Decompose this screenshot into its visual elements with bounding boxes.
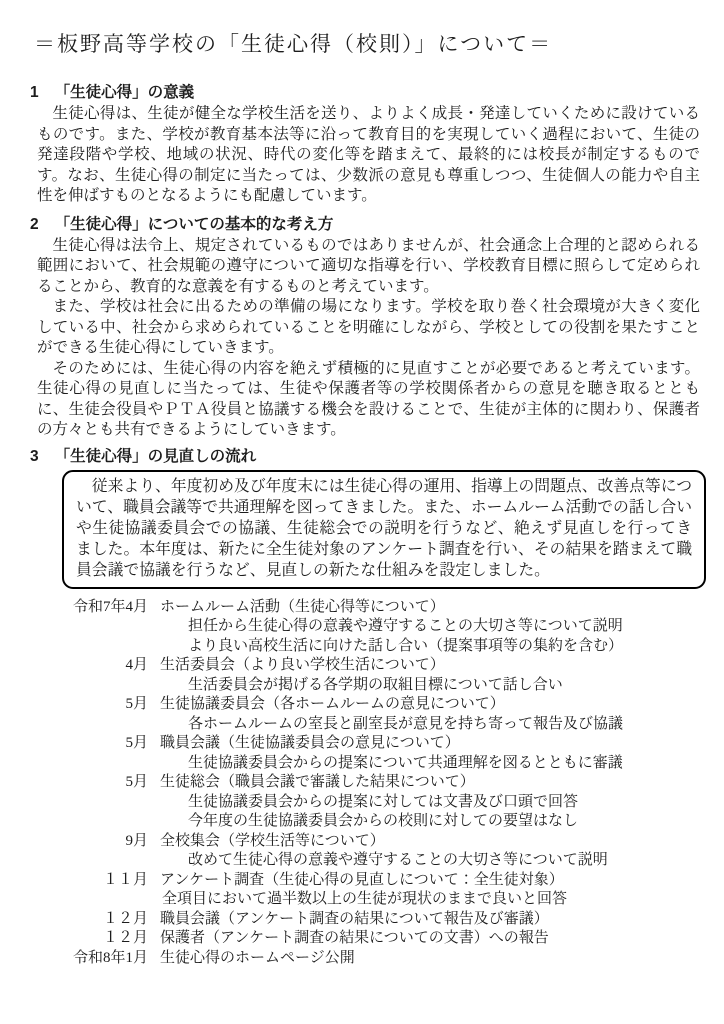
schedule-event: 生徒協議委員会（各ホームルームの意見について） xyxy=(160,695,623,715)
schedule-entry: 生徒総会（職員会議で審議した結果について）生徒協議委員会からの提案に対しては文書… xyxy=(160,773,578,832)
schedule-event: 全校集会（学校生活等について） xyxy=(160,832,608,852)
schedule-date: 5月 xyxy=(30,773,148,793)
section-3: 3 「生徒心得」の見直しの流れ 従来より、年度初め及び年度末には生徒心得の運用、… xyxy=(30,446,700,589)
schedule-event: ホームルーム活動（生徒心得等について） xyxy=(160,598,623,618)
schedule-date: 5月 xyxy=(30,695,148,715)
schedule-entry: 生徒協議委員会（各ホームルームの意見について）各ホームルームの室長と副室長が意見… xyxy=(160,695,623,734)
paragraph: 生徒心得は法令上、規定されているものではありませんが、社会通念上合理的と認められ… xyxy=(37,236,700,298)
schedule-event: アンケート調査（生徒心得の見直しについて：全生徒対象） xyxy=(160,871,567,891)
section-3-heading: 3 「生徒心得」の見直しの流れ xyxy=(30,446,700,467)
schedule-date: 9月 xyxy=(30,832,148,852)
schedule-date: 令和8年1月 xyxy=(30,949,148,969)
section-2: 2 「生徒心得」についての基本的な考え方 生徒心得は法令上、規定されているもので… xyxy=(30,214,700,441)
schedule-entry: 保護者（アンケート調査の結果についての文書）への報告 xyxy=(160,929,549,949)
schedule-row: 5月職員会議（生徒協議委員会の意見について）生徒協議委員会からの提案について共通… xyxy=(30,734,700,773)
schedule-date: １２月 xyxy=(30,929,148,949)
schedule-row: 5月生徒総会（職員会議で審議した結果について）生徒協議委員会からの提案に対しては… xyxy=(30,773,700,832)
section-2-paragraphs: 生徒心得は法令上、規定されているものではありませんが、社会通念上合理的と認められ… xyxy=(37,235,700,441)
section-1-heading: 1 「生徒心得」の意義 xyxy=(30,82,700,103)
schedule-row: １２月保護者（アンケート調査の結果についての文書）への報告 xyxy=(30,929,700,949)
section-1: 1 「生徒心得」の意義 生徒心得は、生徒が健全な学校生活を送り、よりよく成長・発… xyxy=(30,82,700,207)
section-1-heading-text: 「生徒心得」の意義 xyxy=(55,82,195,103)
schedule-event: 職員会議（アンケート調査の結果について報告及び審議） xyxy=(160,910,549,930)
schedule-detail: 生徒協議委員会からの提案について共通理解を図るとともに審議 xyxy=(188,754,623,774)
schedule-entry: アンケート調査（生徒心得の見直しについて：全生徒対象）全項目において過半数以上の… xyxy=(160,871,567,910)
section-2-number: 2 xyxy=(30,214,39,235)
schedule-row: 9月全校集会（学校生活等について）改めて生徒心得の意義や遵守することの大切さ等に… xyxy=(30,832,700,871)
schedule-event: 生徒総会（職員会議で審議した結果について） xyxy=(160,773,578,793)
schedule-date: 令和7年4月 xyxy=(30,598,148,618)
schedule-detail: 各ホームルームの室長と副室長が意見を持ち寄って報告及び協議 xyxy=(188,715,623,735)
schedule-event: 生活委員会（より良い学校生活について） xyxy=(160,656,563,676)
schedule-detail: より良い高校生活に向けた話し合い（提案事項等の集約を含む） xyxy=(188,637,623,657)
section-2-heading-text: 「生徒心得」についての基本的な考え方 xyxy=(55,214,334,235)
schedule-entry: 全校集会（学校生活等について）改めて生徒心得の意義や遵守することの大切さ等につい… xyxy=(160,832,608,871)
document-page: ＝板野高等学校の「生徒心得（校則）」について＝ 1 「生徒心得」の意義 生徒心得… xyxy=(0,0,724,1024)
schedule-detail: 生活委員会が掲げる各学期の取組目標について話し合い xyxy=(188,676,563,696)
paragraph: そのためには、生徒心得の内容を絶えず積極的に見直すことが必要であると考えています… xyxy=(37,359,700,441)
schedule-date: １１月 xyxy=(30,871,148,891)
section-3-heading-text: 「生徒心得」の見直しの流れ xyxy=(55,446,257,467)
schedule-entry: 職員会議（アンケート調査の結果について報告及び審議） xyxy=(160,910,549,930)
schedule-date: 4月 xyxy=(30,656,148,676)
schedule-detail: 生徒協議委員会からの提案に対しては文書及び口頭で回答 xyxy=(188,793,578,813)
schedule-event: 職員会議（生徒協議委員会の意見について） xyxy=(160,734,623,754)
schedule-event: 生徒心得のホームページ公開 xyxy=(160,949,355,969)
schedule-detail: 改めて生徒心得の意義や遵守することの大切さ等について説明 xyxy=(188,851,608,871)
schedule-entry: 職員会議（生徒協議委員会の意見について）生徒協議委員会からの提案について共通理解… xyxy=(160,734,623,773)
review-process-box: 従来より、年度初め及び年度末には生徒心得の運用、指導上の問題点、改善点等について… xyxy=(62,470,706,589)
schedule-row: １２月職員会議（アンケート調査の結果について報告及び審議） xyxy=(30,910,700,930)
schedule-row: 令和7年4月ホームルーム活動（生徒心得等について）担任から生徒心得の意義や遵守す… xyxy=(30,598,700,657)
page-title: ＝板野高等学校の「生徒心得（校則）」について＝ xyxy=(34,28,700,58)
schedule-detail: 全項目において過半数以上の生徒が現状のままで良いと回答 xyxy=(162,890,567,910)
schedule-list: 令和7年4月ホームルーム活動（生徒心得等について）担任から生徒心得の意義や遵守す… xyxy=(30,598,700,969)
section-2-heading: 2 「生徒心得」についての基本的な考え方 xyxy=(30,214,700,235)
schedule-row: 5月生徒協議委員会（各ホームルームの意見について）各ホームルームの室長と副室長が… xyxy=(30,695,700,734)
schedule-event: 保護者（アンケート調査の結果についての文書）への報告 xyxy=(160,929,549,949)
section-1-number: 1 xyxy=(30,82,39,103)
paragraph: 生徒心得は、生徒が健全な学校生活を送り、よりよく成長・発達していくために設けてい… xyxy=(37,104,700,207)
section-1-paragraphs: 生徒心得は、生徒が健全な学校生活を送り、よりよく成長・発達していくために設けてい… xyxy=(37,103,700,207)
review-process-text: 従来より、年度初め及び年度末には生徒心得の運用、指導上の問題点、改善点等について… xyxy=(76,476,692,581)
schedule-entry: 生活委員会（より良い学校生活について）生活委員会が掲げる各学期の取組目標について… xyxy=(160,656,563,695)
schedule-date: １２月 xyxy=(30,910,148,930)
schedule-row: １１月アンケート調査（生徒心得の見直しについて：全生徒対象）全項目において過半数… xyxy=(30,871,700,910)
schedule-date: 5月 xyxy=(30,734,148,754)
schedule-entry: ホームルーム活動（生徒心得等について）担任から生徒心得の意義や遵守することの大切… xyxy=(160,598,623,657)
schedule-entry: 生徒心得のホームページ公開 xyxy=(160,949,355,969)
schedule-detail: 担任から生徒心得の意義や遵守することの大切さ等について説明 xyxy=(188,617,623,637)
schedule-row: 令和8年1月生徒心得のホームページ公開 xyxy=(30,949,700,969)
section-3-number: 3 xyxy=(30,446,39,467)
schedule-detail: 今年度の生徒協議委員会からの校則に対しての要望はなし xyxy=(188,812,578,832)
schedule-row: 4月生活委員会（より良い学校生活について）生活委員会が掲げる各学期の取組目標につ… xyxy=(30,656,700,695)
paragraph: また、学校は社会に出るための準備の場になります。学校を取り巻く社会環境が大きく変… xyxy=(37,297,700,359)
